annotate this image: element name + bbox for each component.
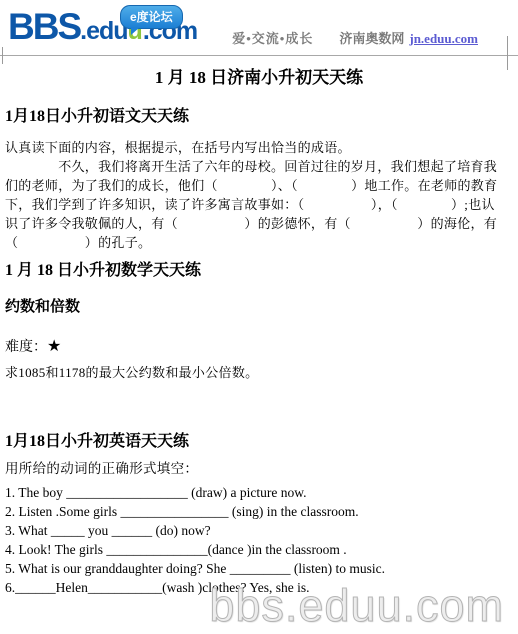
english-item: 6.______Helen___________(wash )clothes? … <box>5 578 513 597</box>
english-item: 4. Look! The girls _______________(dance… <box>5 540 513 559</box>
margin-mark-left <box>2 47 3 64</box>
eduu-forum-badge-label: e度论坛 <box>130 10 173 24</box>
math-section-heading: 1 月 18 日小升初数学天天练 <box>5 260 513 281</box>
chinese-exercise-paragraph: 认真读下面的内容，根据提示，在括号内写出恰当的成语。 不久，我们将离开生活了六年… <box>5 138 513 252</box>
page-header: BBS.eduǔ.com e度论坛 爱•交流•成长济南奥数网jn.eduu.co… <box>0 0 518 56</box>
logo-bbs-text: BBS <box>8 6 80 48</box>
document-body: 1 月 18 日济南小升初天天练 1月18日小升初语文天天练 认真读下面的内容，… <box>0 67 518 597</box>
eduu-forum-badge[interactable]: e度论坛 <box>120 5 183 29</box>
english-item: 5. What is our granddaughter doing? She … <box>5 559 513 578</box>
math-topic: 约数和倍数 <box>5 298 513 316</box>
header-separator-line <box>0 55 518 56</box>
chinese-line: 下，我们学到了许多知识，读了许多寓言故事如：（ ），（ ）;也认 <box>5 195 513 214</box>
badge-tail <box>131 27 140 35</box>
english-item: 2. Listen .Some girls ________________ (… <box>5 502 513 521</box>
difficulty-row: 难度：★ <box>5 337 513 357</box>
site-link[interactable]: jn.eduu.com <box>409 31 478 46</box>
chinese-line: 们的老师，为了我们的成长，他们（ ）、（ ）地工作。在老师的教育 <box>5 176 513 195</box>
chinese-line: 识了许多令我敬佩的人，有（ ）的彭德怀，有（ ）的海伦，有 <box>5 214 513 233</box>
english-exercise-list: 1. The boy __________________ (draw) a p… <box>5 483 513 597</box>
site-name: 济南奥数网 <box>339 31 404 46</box>
english-section-heading: 1月18日小升初英语天天练 <box>5 431 513 452</box>
english-item: 1. The boy __________________ (draw) a p… <box>5 483 513 502</box>
chinese-line: 不久，我们将离开生活了六年的母校。回首过往的岁月，我们想起了培育我 <box>5 157 513 176</box>
english-instruction: 用所给的动词的正确形式填空： <box>5 460 513 478</box>
english-item: 3. What _____ you ______ (do) now? <box>5 521 513 540</box>
slogan-text: 爱•交流•成长 <box>232 31 313 46</box>
chinese-line: （ ）的孔子。 <box>5 233 513 252</box>
chinese-line: 认真读下面的内容，根据提示，在括号内写出恰当的成语。 <box>5 138 513 157</box>
header-tagline: 爱•交流•成长济南奥数网jn.eduu.com <box>232 28 478 47</box>
chinese-section-heading: 1月18日小升初语文天天练 <box>5 106 513 127</box>
difficulty-star-icon: ★ <box>47 338 61 355</box>
page-title: 1 月 18 日济南小升初天天练 <box>5 67 513 89</box>
math-problem-text: 求1085和1178的最大公约数和最小公倍数。 <box>5 364 513 382</box>
margin-mark-right <box>507 36 508 70</box>
difficulty-label: 难度： <box>5 340 47 355</box>
